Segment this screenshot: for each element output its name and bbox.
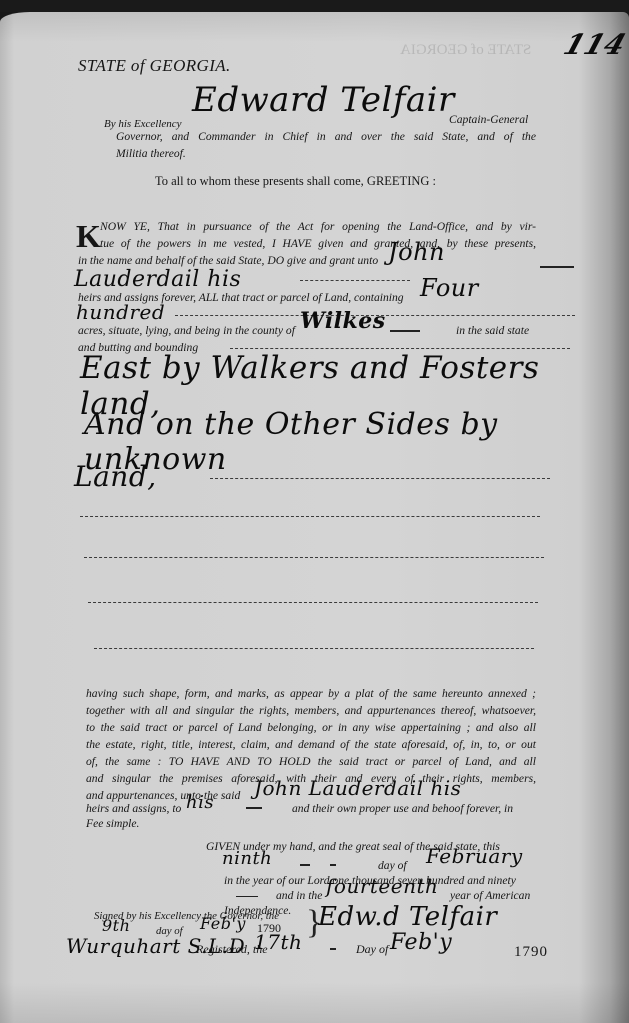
fill-dash xyxy=(300,864,310,866)
fill-dashes xyxy=(94,648,534,651)
document-header: STATE of GEORGIA. xyxy=(78,56,231,76)
habendum-line-9: Fee simple. xyxy=(86,815,139,832)
fill-dash xyxy=(540,266,574,268)
grant-line-5b: in the said state xyxy=(456,322,529,339)
fill-dashes xyxy=(84,557,544,560)
fill-dashes xyxy=(210,478,550,481)
habendum-line-4: the estate, right, title, interest, clai… xyxy=(86,736,536,753)
drop-cap: K xyxy=(76,220,101,252)
governor-title-1: Captain-General xyxy=(449,111,528,128)
habendum-pronoun: his xyxy=(186,792,214,813)
signed-month: Feb'y xyxy=(200,914,246,933)
bleed-through-text: STATE of GEORGIA xyxy=(400,42,531,59)
page-number: 114 xyxy=(560,28,629,61)
grantee-first-name: John xyxy=(388,238,445,266)
boundary-line-3: Land, xyxy=(74,460,157,493)
habendum-grantee: John Lauderdail his xyxy=(254,776,461,800)
fill-dash xyxy=(330,864,336,866)
governor-signature: Edward Telfair xyxy=(192,80,455,120)
given-month: February xyxy=(426,844,523,868)
given-day: ninth xyxy=(222,848,272,869)
registered-day: 17th xyxy=(254,930,302,954)
habendum-line-5: of, the same : TO HAVE AND TO HOLD the s… xyxy=(86,753,536,770)
acreage-written: Four xyxy=(420,274,479,302)
county-name: Wilkes xyxy=(300,308,386,334)
signed-day: 9th xyxy=(102,916,130,935)
habendum-line-8b: and their own proper use and behoof fore… xyxy=(292,800,513,817)
acreage-written-2: hundred xyxy=(76,300,165,324)
fill-dashes xyxy=(300,280,410,283)
governor-title-2: Governor, and Commander in Chief in and … xyxy=(116,128,536,145)
grant-line-1: NOW YE, That in pursuance of the Act for… xyxy=(100,218,536,235)
document-page: STATE of GEORGIA STATE of GEORGIA. 114 B… xyxy=(0,12,629,1023)
registered-month: Feb'y xyxy=(390,930,452,955)
habendum-line-1: having such shape, form, and marks, as a… xyxy=(86,685,536,702)
fill-dash xyxy=(330,948,336,950)
greeting-line: To all to whom these presents shall come… xyxy=(155,174,436,189)
fill-dashes xyxy=(80,516,540,519)
fill-dash xyxy=(390,330,420,332)
governor-title-3: Militia thereof. xyxy=(116,145,186,162)
grant-line-5: acres, situate, lying, and being in the … xyxy=(78,322,295,339)
registered-day-label: Day of xyxy=(356,941,388,958)
fill-dashes xyxy=(88,602,538,605)
signed-signature: Edw.d Telfair xyxy=(318,902,497,932)
boundary-line-2: And on the Other Sides by unknown xyxy=(84,407,629,477)
habendum-line-3: to the said tract or parcel of Land belo… xyxy=(86,719,536,736)
independence-year: fourteenth xyxy=(326,874,438,898)
fill-dash xyxy=(236,896,258,897)
fill-dash xyxy=(246,807,262,809)
habendum-line-2: together with all and singular the right… xyxy=(86,702,536,719)
registered-year: 1790 xyxy=(514,944,548,961)
grant-line-2: tue of the powers in me vested, I HAVE g… xyxy=(100,235,536,252)
